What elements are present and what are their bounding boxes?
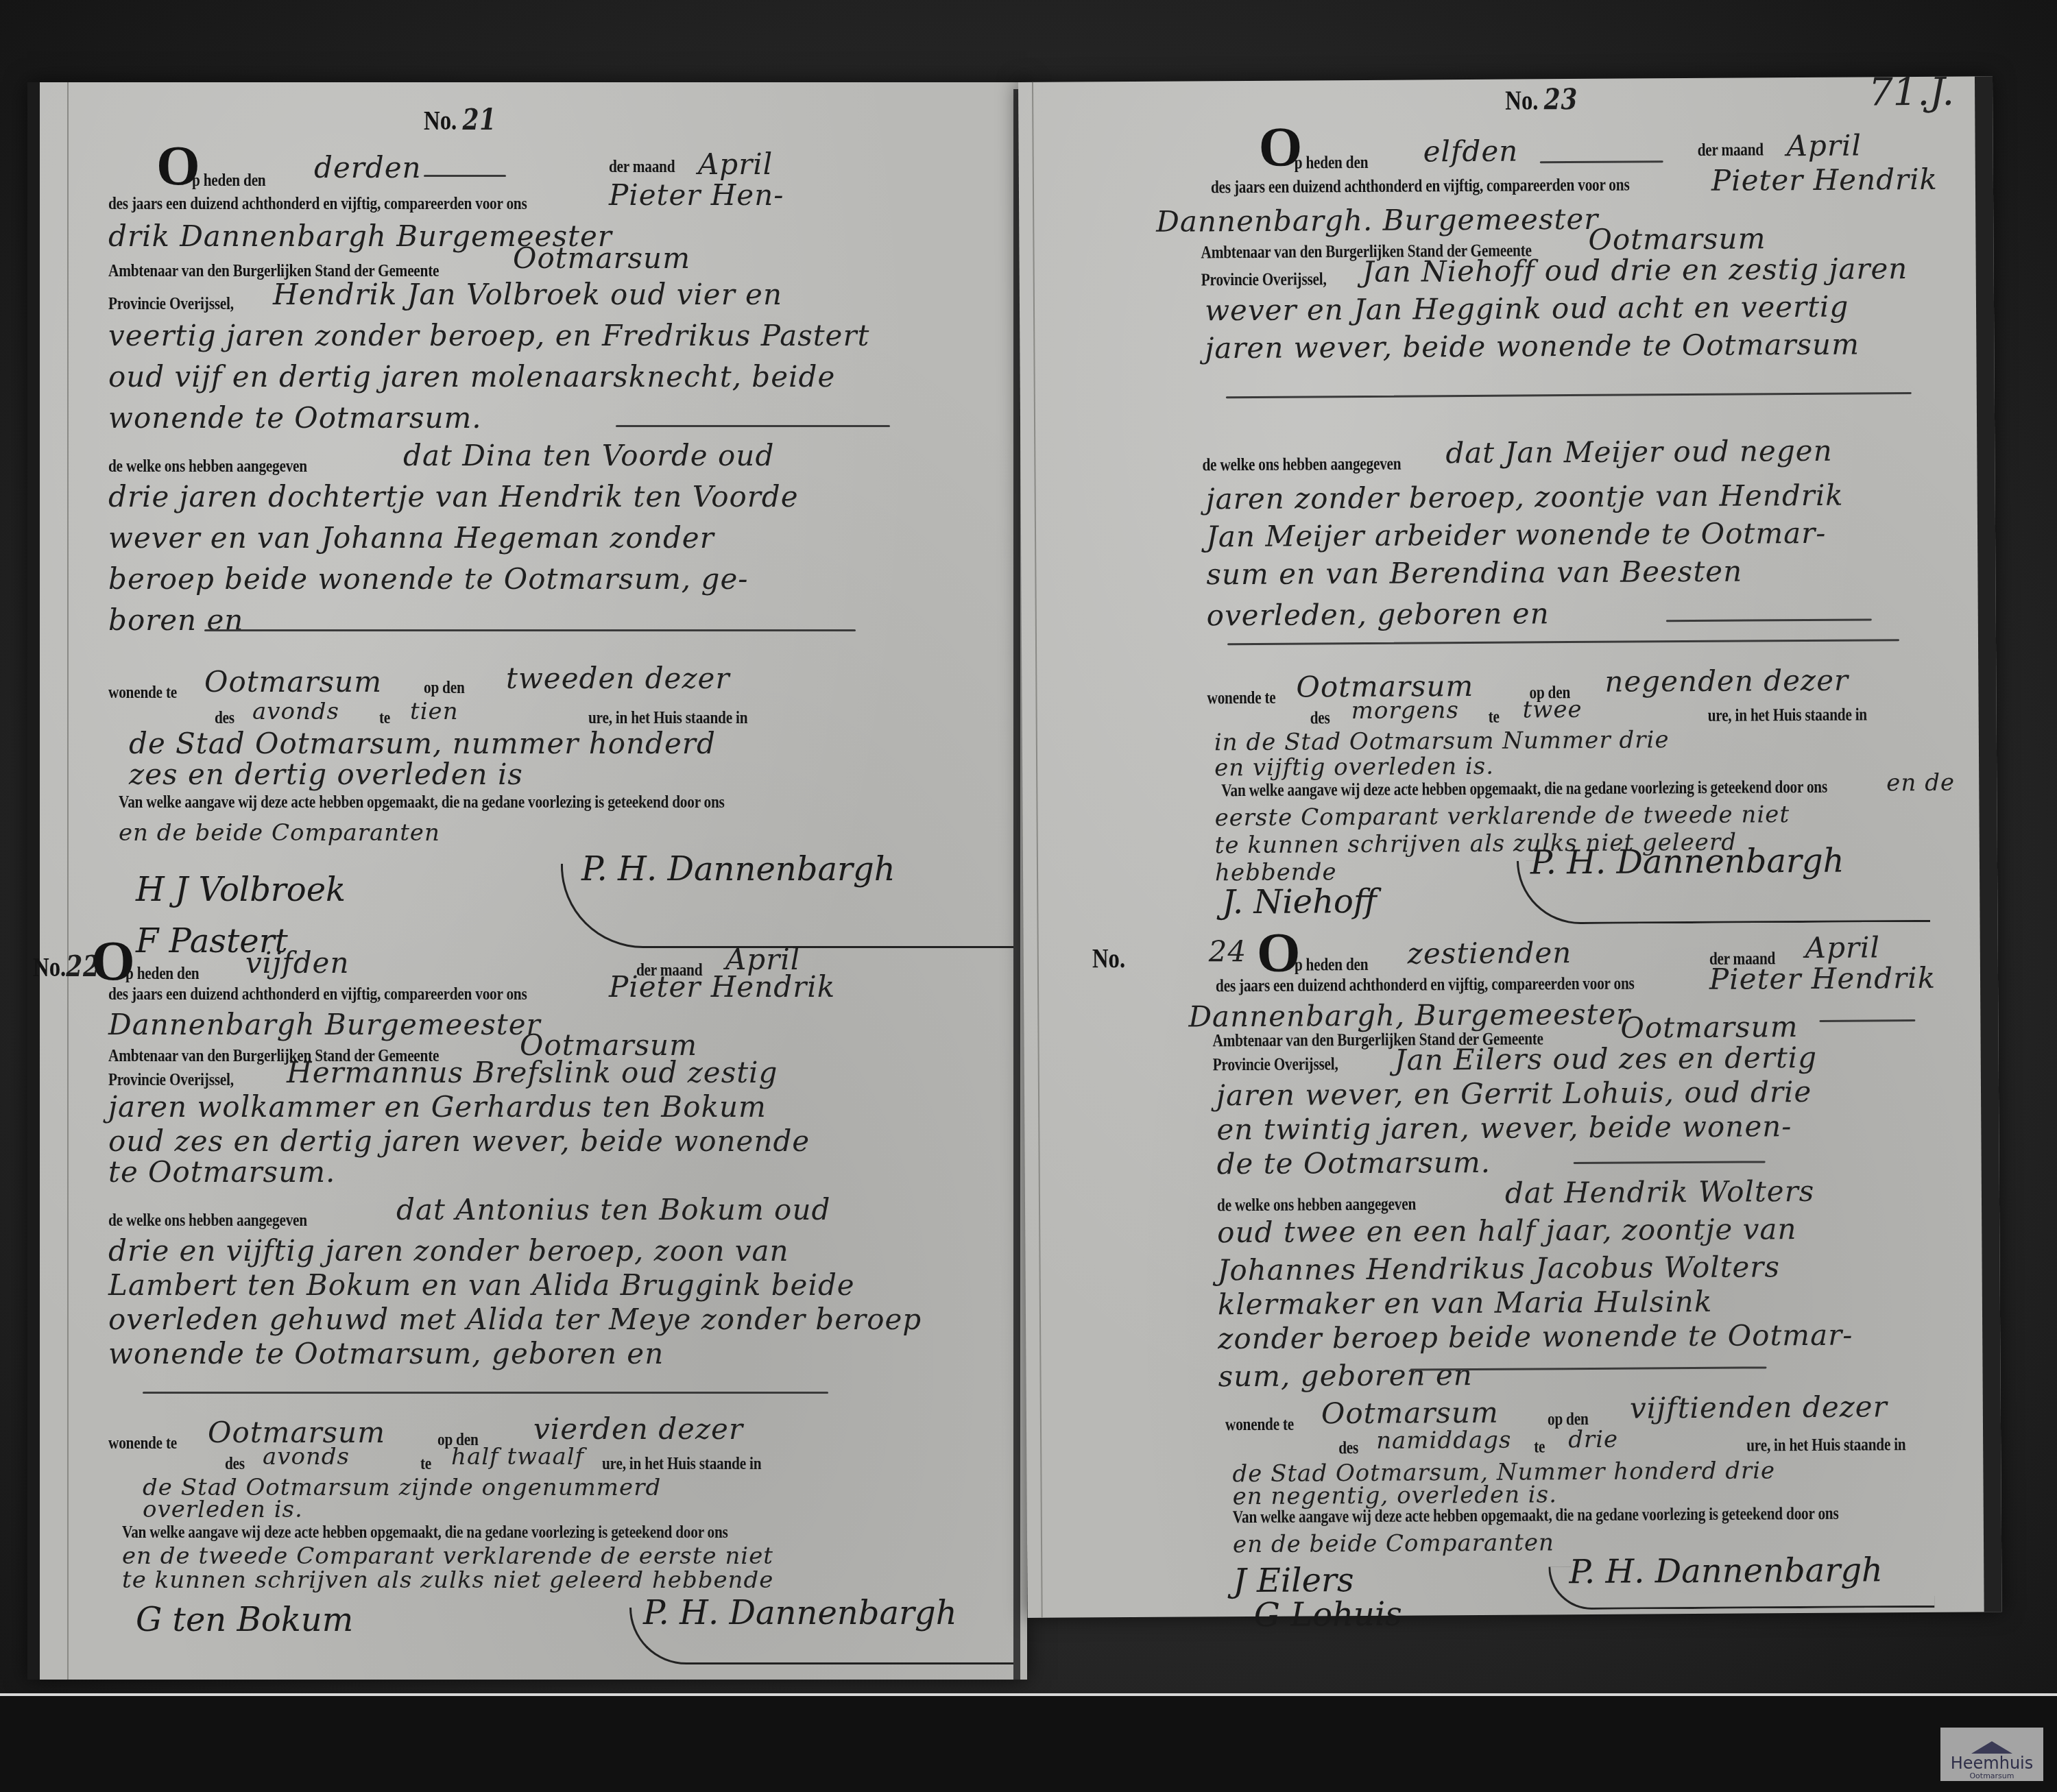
declared-line: drie en vijftig jaren zonder beroep, zoo…: [108, 1234, 789, 1268]
label-ure: ure, in het Huis staande in: [602, 1453, 761, 1474]
label-des: des: [225, 1453, 245, 1474]
witness-signature: H J Volbroek: [136, 871, 346, 909]
declared-line: overleden gehuwd met Alida ter Meye zond…: [108, 1303, 922, 1336]
declared-line: overleden, geboren en: [1207, 596, 1550, 632]
witness-signature: J Eilers: [1233, 1561, 1354, 1600]
label-ure: ure, in het Huis staande in: [588, 707, 747, 728]
declared-line: klermaker en van Maria Hulsink: [1218, 1285, 1713, 1321]
label-ure: ure, in het Huis staande in: [1746, 1434, 1905, 1455]
witness-line: jaren wever, beide wonende te Ootmarsum: [1205, 328, 1860, 365]
right-page: 71.J. No. 23 O p heden den elfden der ma…: [1018, 76, 2002, 1618]
witness-line: Jan Niehoff oud drie en zestig jaren: [1362, 252, 1908, 289]
declared-line: dat Dina ten Voorde oud: [403, 439, 774, 472]
label-de-welke: de welke ons hebben aangegeven: [108, 456, 307, 476]
witness-line: Jan Eilers oud zes en dertig: [1395, 1041, 1818, 1077]
gemeente-name: Ootmarsum: [1620, 1010, 1798, 1045]
label-van-welke: Van welke aangave wij deze acte hebben o…: [1221, 777, 1827, 801]
label-des: des: [1338, 1438, 1358, 1458]
entry-number-label: No.22: [33, 949, 100, 983]
witness-line: jaren wolkammer en Gerhardus ten Bokum: [108, 1090, 767, 1124]
witness-signature: G ten Bokum: [136, 1601, 353, 1639]
label-wonende-te: wonende te: [108, 1433, 177, 1453]
entry-day: zestienden: [1408, 936, 1572, 970]
declared-line: dat Antonius ten Bokum oud: [396, 1193, 830, 1226]
declared-line: boren en: [108, 603, 243, 637]
declared-line: beroep beide wonende te Ootmarsum, ge-: [108, 562, 748, 596]
entry-day: elfden: [1423, 134, 1518, 169]
witness-line: veertig jaren zonder beroep, en Fredriku…: [108, 319, 869, 352]
entry-month: April: [1805, 930, 1880, 965]
entry-month: April: [1786, 128, 1861, 162]
residence: Ootmarsum: [1321, 1396, 1499, 1431]
house-line: zes en dertig overleden is: [129, 758, 523, 791]
declared-line: wever en van Johanna Hegeman zonder: [108, 521, 714, 555]
scan-bottom-edge: [0, 1693, 2057, 1792]
closing-inline: en de: [1886, 769, 1955, 797]
official-name-line1: Pieter Hendrik: [609, 970, 835, 1004]
label-wonende-te: wonende te: [108, 682, 177, 703]
folio-number: 71.J.: [1868, 70, 1954, 115]
house-line: en vijftig overleden is.: [1214, 753, 1494, 782]
label-der-maand: der maand: [609, 156, 675, 177]
entry-day: derden: [314, 151, 422, 184]
entry-number-label: No.: [1092, 942, 1126, 974]
label-van-welke: Van welke aangave wij deze acte hebben o…: [122, 1522, 728, 1542]
label-provincie: Provincie Overijssel,: [1201, 269, 1327, 290]
label-van-welke: Van welke aangave wij deze acte hebben o…: [119, 792, 725, 812]
left-page: No. 21 O p heden den derden der maand Ap…: [27, 82, 1027, 1680]
closing-line: en de beide Comparanten: [1233, 1529, 1554, 1558]
residence: Ootmarsum: [204, 665, 382, 699]
closing-line: te kunnen schrijven als zulks niet gelee…: [122, 1566, 773, 1594]
death-hour: tien: [410, 698, 459, 725]
label-de-welke: de welke ons hebben aangegeven: [108, 1210, 307, 1231]
declared-line: drie jaren dochtertje van Hendrik ten Vo…: [108, 480, 799, 513]
witness-line: oud zes en dertig jaren wever, beide won…: [108, 1124, 810, 1158]
label-des-jaars: des jaars een duizend achthonderd en vij…: [1211, 175, 1630, 198]
label-der-maand: der maand: [1698, 139, 1764, 160]
house-roof-icon: [1971, 1741, 2012, 1754]
closing-line: en de tweede Comparant verklarende de ee…: [122, 1542, 773, 1570]
label-te: te: [1489, 707, 1500, 727]
house-line: in de Stad Ootmarsum Nummer drie: [1214, 726, 1670, 756]
label-op-heden-den: p heden den: [125, 963, 199, 984]
witness-line: te Ootmarsum.: [108, 1155, 335, 1189]
label-op-heden-den: p heden den: [192, 170, 265, 191]
entry-month: April: [698, 147, 773, 181]
label-des-jaars: des jaars een duizend achthonderd en vij…: [108, 193, 527, 214]
closing-line: eerste Comparant verklarende de tweede n…: [1214, 801, 1790, 832]
official-name-line1: Pieter Hendrik: [1709, 961, 1936, 996]
declared-line: Jan Meijer arbeider wonende te Ootmar-: [1206, 516, 1827, 554]
gemeente-name: Ootmarsum: [513, 241, 690, 275]
death-hour: drie: [1568, 1426, 1618, 1453]
label-ure: ure, in het Huis staande in: [1708, 704, 1867, 725]
declared-line: dat Hendrik Wolters: [1505, 1174, 1815, 1210]
label-te: te: [1534, 1436, 1545, 1457]
label-wonende-te: wonende te: [1225, 1414, 1294, 1436]
death-date: negenden dezer: [1604, 664, 1849, 699]
witness-signature: G Lohuis: [1253, 1595, 1402, 1634]
death-hour: twee: [1522, 696, 1582, 724]
declared-line: wonende te Ootmarsum, geboren en: [108, 1337, 664, 1370]
official-name-line1: Pieter Hen-: [609, 178, 784, 212]
label-op-den: op den: [424, 677, 465, 698]
label-provincie: Provincie Overijssel,: [108, 293, 234, 314]
death-date: vierden dezer: [533, 1412, 743, 1446]
label-de-welke: de welke ons hebben aangegeven: [1202, 454, 1401, 476]
house-line: overleden is.: [143, 1496, 303, 1523]
witness-line: en twintig jaren, wever, beide wonen-: [1216, 1109, 1792, 1146]
entry-number-label: No. 21: [424, 103, 496, 136]
time-of-day: avonds: [252, 698, 339, 725]
official-name-line1: Pieter Hendrik: [1711, 162, 1938, 197]
official-name-line2: Dannenbargh, Burgemeester: [1188, 997, 1631, 1034]
label-des-jaars: des jaars een duizend achthonderd en vij…: [108, 984, 527, 1004]
watermark-place: Ootmarsum: [1969, 1771, 2014, 1781]
gemeente-name: Ootmarsum: [1588, 221, 1766, 256]
label-op-heden-den: p heden den: [1295, 152, 1369, 173]
time-of-day: avonds: [263, 1443, 350, 1470]
declared-line: oud twee en een half jaar, zoontje van: [1217, 1212, 1796, 1249]
entry-day: vijfden: [245, 946, 350, 980]
witness-line: Hermannus Brefslink oud zestig: [287, 1056, 778, 1089]
label-provincie: Provincie Overijssel,: [1213, 1054, 1338, 1075]
witness-line: oud vijf en dertig jaren molenaarsknecht…: [108, 360, 835, 393]
witness-line: wonende te Ootmarsum.: [108, 401, 482, 435]
witness-signature: J. Niehoff: [1222, 882, 1377, 921]
death-date: vijftienden dezer: [1630, 1390, 1888, 1425]
declared-line: dat Jan Meijer oud negen: [1445, 434, 1833, 470]
label-des: des: [215, 707, 234, 728]
heemhuis-watermark: Heemhuis Ootmarsum: [1940, 1728, 2043, 1781]
witness-line: jaren wever, en Gerrit Lohuis, oud drie: [1216, 1075, 1812, 1112]
label-op-heden-den: p heden den: [1295, 954, 1369, 976]
official-name-line2: Dannenbargh Burgemeester: [108, 1008, 541, 1041]
death-date: tweeden dezer: [506, 662, 730, 695]
label-provincie: Provincie Overijssel,: [108, 1069, 234, 1090]
margin-rule: [1032, 82, 1043, 1618]
declared-line: jaren zonder beroep, zoontje van Hendrik: [1206, 479, 1844, 516]
witness-line: de te Ootmarsum.: [1216, 1146, 1491, 1180]
declared-line: zonder beroep beide wonende te Ootmar-: [1218, 1318, 1853, 1356]
entry-number-label: No. 23: [1505, 82, 1578, 117]
declared-line: Lambert ten Bokum en van Alida Bruggink …: [108, 1268, 855, 1302]
witness-line: wever en Jan Heggink oud acht en veertig: [1205, 290, 1849, 328]
label-de-welke: de welke ons hebben aangegeven: [1217, 1194, 1416, 1215]
label-te: te: [379, 707, 390, 728]
margin-rule: [67, 82, 69, 1680]
time-of-day: namiddags: [1376, 1427, 1512, 1455]
label-des-jaars: des jaars een duizend achthonderd en vij…: [1216, 973, 1635, 997]
label-te: te: [420, 1453, 431, 1474]
declared-line: Johannes Hendrikus Jacobus Wolters: [1217, 1250, 1780, 1287]
official-name-line2: Dannenbargh. Burgemeester: [1156, 202, 1598, 239]
entry-number: 24: [1209, 934, 1247, 968]
watermark-name: Heemhuis: [1951, 1755, 2034, 1771]
declared-line: sum, geboren en: [1218, 1358, 1473, 1393]
label-wonende-te: wonende te: [1207, 688, 1275, 709]
witness-line: Hendrik Jan Volbroek oud vier en: [273, 278, 782, 311]
declared-line: sum en van Berendina van Beesten: [1206, 555, 1742, 592]
death-hour: half twaalf: [451, 1443, 584, 1470]
label-des: des: [1310, 707, 1330, 728]
label-van-welke: Van welke aangave wij deze acte hebben o…: [1233, 1503, 1839, 1527]
house-line: de Stad Ootmarsum, nummer honderd: [129, 727, 716, 760]
time-of-day: morgens: [1351, 697, 1458, 725]
closing-line: en de beide Comparanten: [119, 819, 440, 847]
